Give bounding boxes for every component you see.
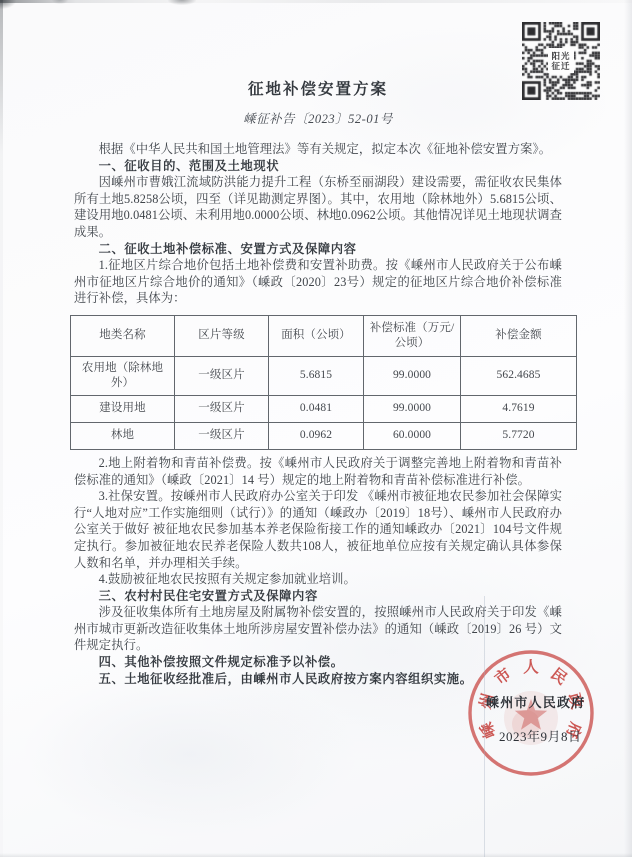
- section2-heading: 二、征收土地补偿标准、安置方式及保障内容: [74, 241, 562, 258]
- table-header-cell: 补偿金额: [461, 315, 577, 356]
- table-row: 林地一级区片0.096260.00005.7720: [71, 422, 577, 449]
- scan-fold-line: [484, 596, 485, 857]
- compensation-table: 地类名称区片等级面积（公顷）补偿标准（万元/公顷）补偿金额农用地（除林地外）一级…: [70, 315, 577, 450]
- table-cell: 5.6815: [269, 356, 364, 395]
- signature-date: 2023年9月8日: [499, 726, 582, 745]
- section1-heading: 一、征收目的、范围及土地现状: [74, 158, 562, 175]
- table-row: 建设用地一级区片0.048199.00004.7619: [71, 395, 577, 422]
- table-cell: 一级区片: [175, 422, 269, 449]
- scan-artifact-left-edge: [0, 0, 3, 857]
- table-header-row: 地类名称区片等级面积（公顷）补偿标准（万元/公顷）补偿金额: [71, 315, 577, 356]
- doc-number: 嵊征补告〔2023〕52-01号: [74, 110, 562, 128]
- document-body: 征地补偿安置方案 嵊征补告〔2023〕52-01号 根据《中华人民共和国土地管理…: [74, 80, 562, 687]
- document-title: 征地补偿安置方案: [74, 80, 562, 100]
- section3-heading: 三、农村村民住宅安置方式及保障内容: [74, 588, 562, 605]
- table-row: 农用地（除林地外）一级区片5.681599.0000562.4685: [71, 356, 577, 395]
- seal-char: 人: [523, 658, 539, 676]
- table-header-cell: 区片等级: [175, 315, 269, 356]
- table-cell: 一级区片: [175, 356, 269, 395]
- qr-center-label: 阳光 征迁: [548, 48, 574, 73]
- table-cell: 建设用地: [71, 395, 175, 422]
- table-cell: 60.0000: [364, 422, 461, 449]
- scan-artifact-right-edge: [624, 0, 632, 857]
- seal-char: 民: [547, 665, 571, 689]
- scan-artifact-bottom-edge: [0, 853, 632, 857]
- table-cell: 5.7720: [461, 422, 577, 449]
- table-cell: 4.7619: [461, 395, 577, 422]
- table-header-cell: 面积（公顷）: [269, 315, 364, 356]
- section2-para1: 1.征地区片综合地价包括土地补偿费和安置补助费。按《嵊州市人民政府关于公布嵊州市…: [74, 257, 562, 307]
- table-cell: 一级区片: [175, 395, 269, 422]
- table-cell: 0.0962: [269, 422, 364, 449]
- scan-artifact-corner-smudge: [0, 0, 16, 9]
- section1-paragraph: 因嵊州市曹娥江流域防洪能力提升工程（东桥至丽湖段）建设需要，需征收农民集体所有土…: [74, 174, 562, 240]
- table-cell: 99.0000: [364, 395, 461, 422]
- document-page: 阳光 征迁 征地补偿安置方案 嵊征补告〔2023〕52-01号 根据《中华人民共…: [0, 0, 632, 857]
- table-header-cell: 地类名称: [71, 315, 175, 356]
- table-cell: 林地: [71, 422, 175, 449]
- table-cell: 99.0000: [364, 356, 461, 395]
- table-header-cell: 补偿标准（万元/公顷）: [364, 315, 461, 356]
- signature-issuer: 嵊州市人民政府: [486, 692, 585, 711]
- seal-char: 市: [491, 664, 515, 689]
- qr-label-line: 阳光: [551, 51, 570, 61]
- section2-para4: 4.鼓励被征地农民按照有关规定参加就业培训。: [74, 571, 562, 588]
- section2-para3: 3.社保安置。按嵊州市人民政府办公室关于印发 《嵊州市被征地农民参加社会保障实行…: [74, 488, 562, 571]
- scan-artifact-smudge: [52, 0, 68, 4]
- table-cell: 农用地（除林地外）: [71, 356, 175, 395]
- intro-paragraph: 根据《中华人民共和国土地管理法》等有关规定，拟定本次《征地补偿安置方案》。: [74, 141, 562, 158]
- seal-char: 嵊: [476, 719, 500, 741]
- scan-artifact-top-edge: [0, 0, 632, 3]
- table-cell: 0.0481: [269, 395, 364, 422]
- qr-label-line: 征迁: [551, 61, 570, 71]
- section2-para2: 2.地上附着物和青苗补偿费。按《嵊州市人民政府关于调整完善地上附着物和青苗补偿标…: [74, 455, 562, 488]
- table-cell: 562.4685: [461, 356, 577, 395]
- scan-artifact-smudge: [168, 0, 196, 5]
